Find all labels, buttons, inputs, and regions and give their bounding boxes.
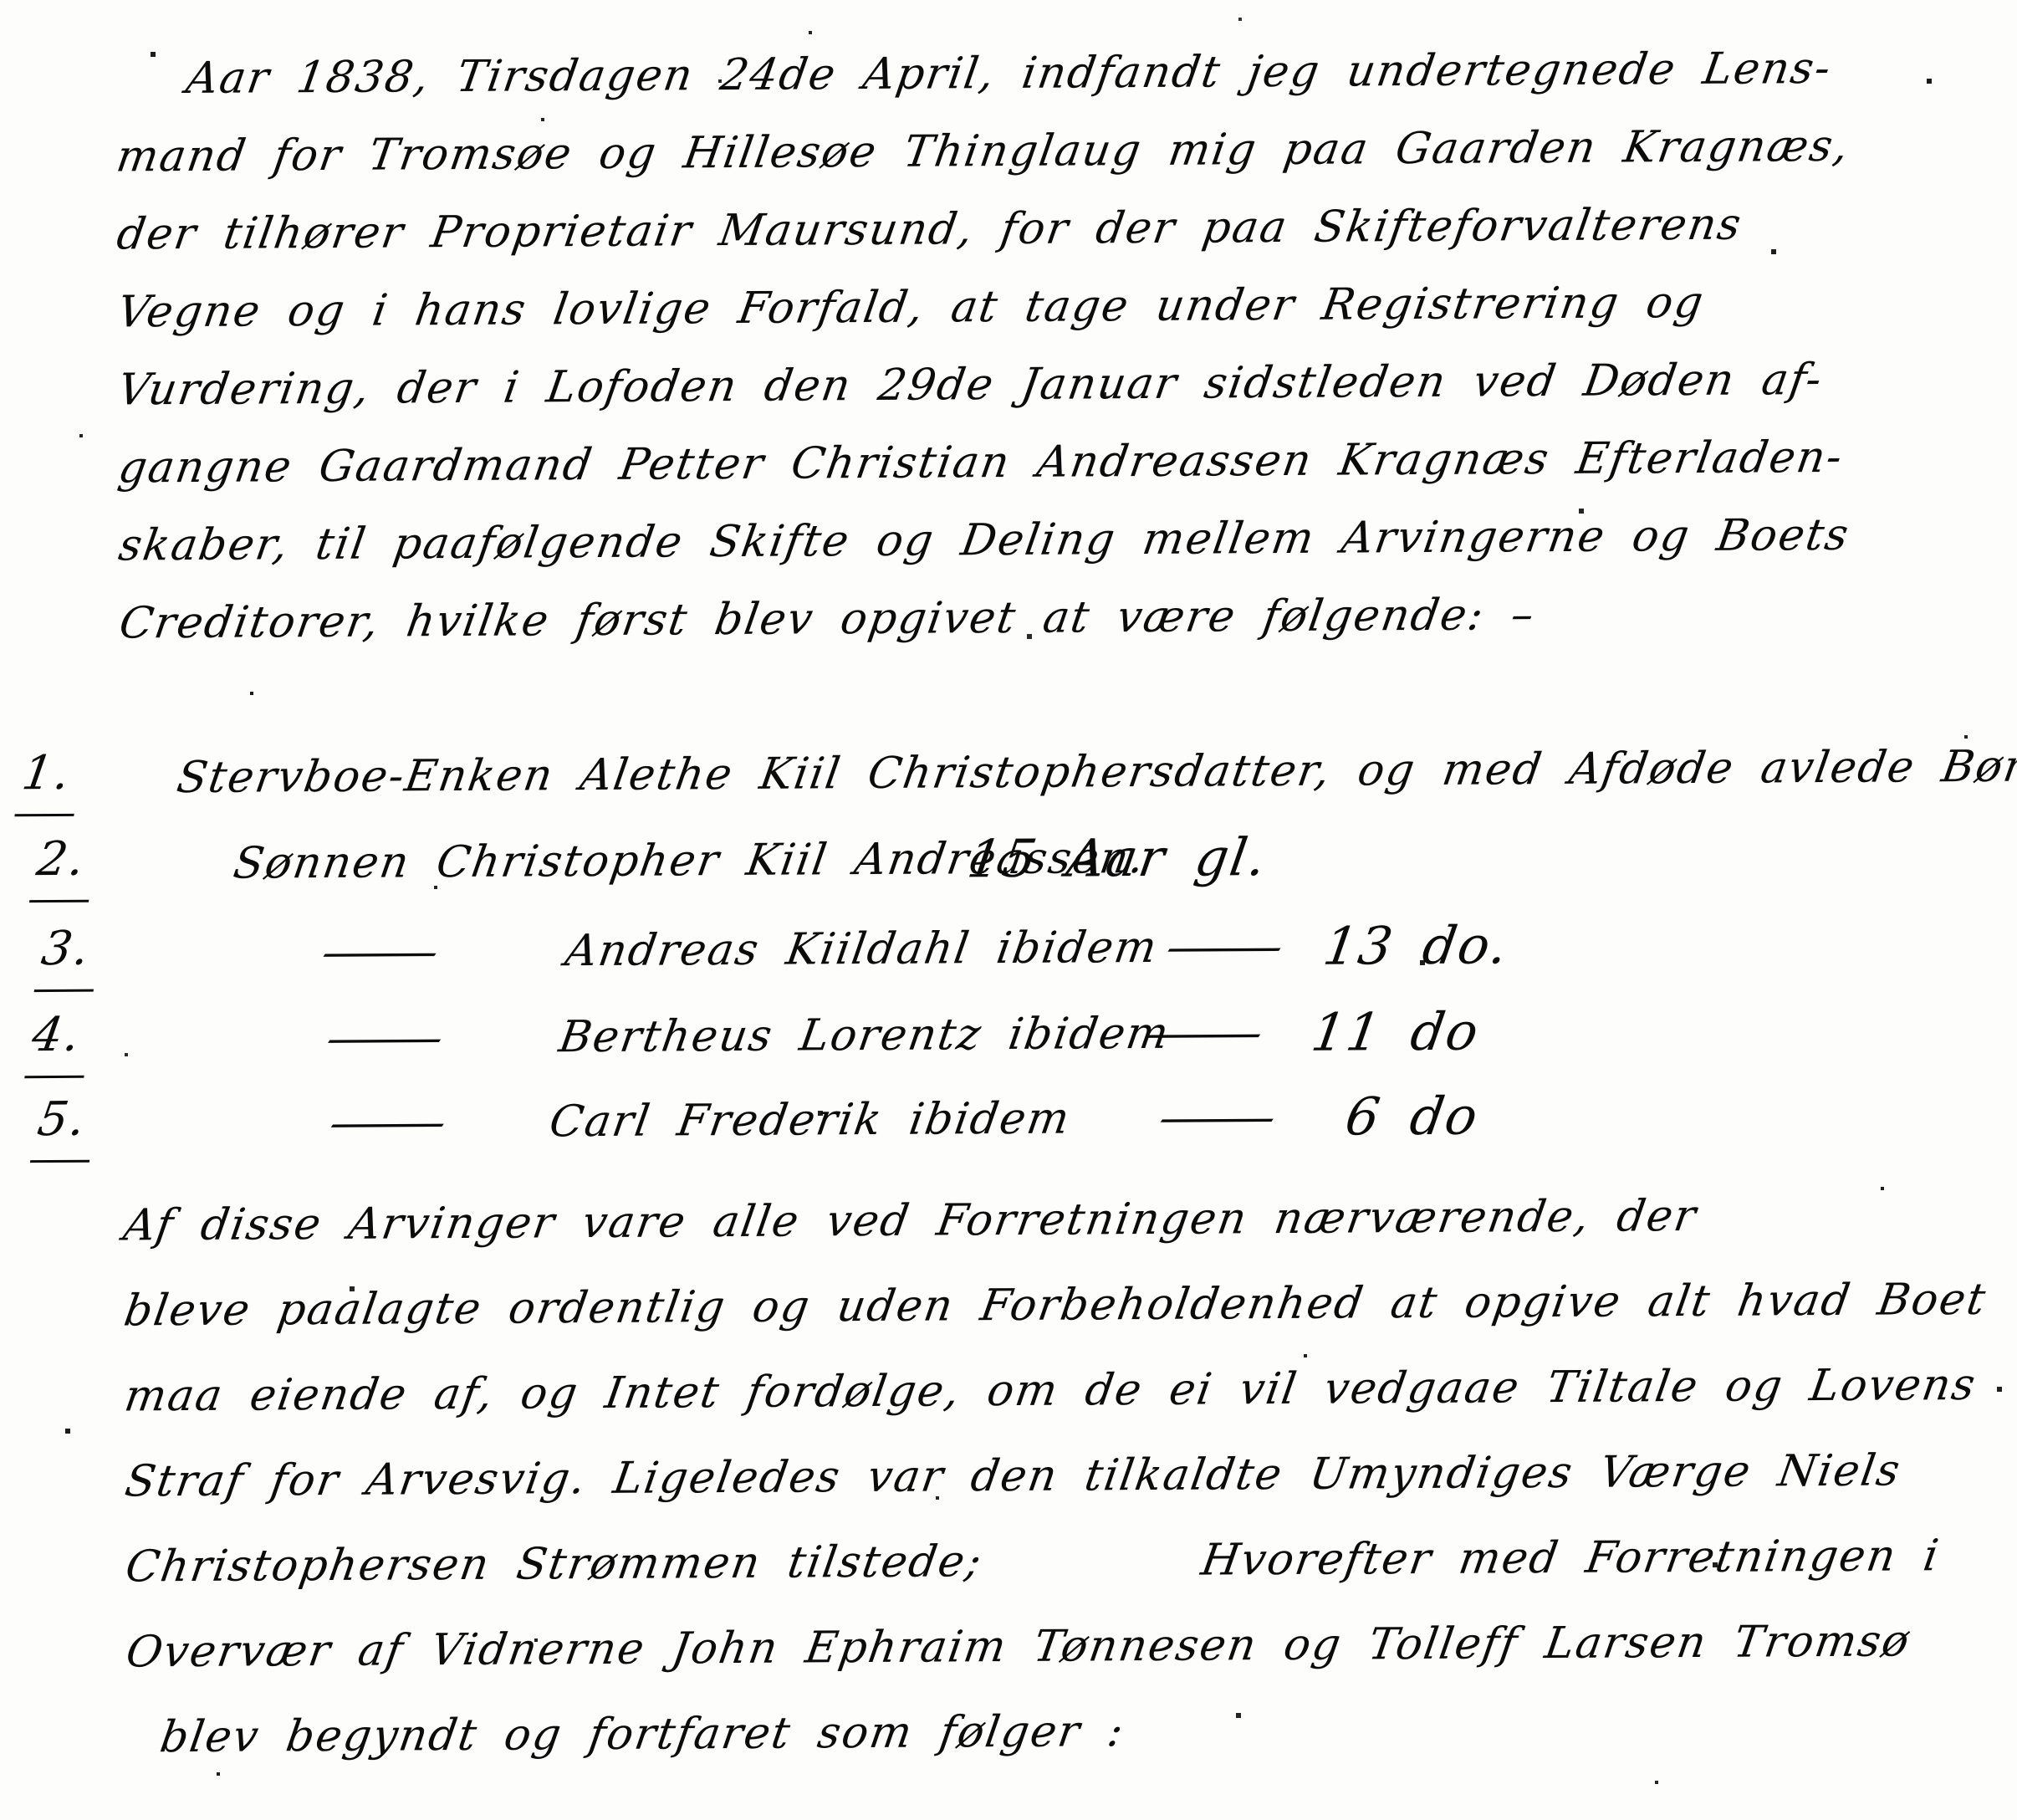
heir-name-3: Andreas Kiildahl ibidem [559, 904, 1165, 994]
heir-row-1: 1. Stervboe-Enken Alethe Kiil Christophe… [0, 723, 2016, 823]
heir-row-2: 2. Sønnen Christopher Kiil Andreassen. 1… [0, 810, 2017, 909]
heir-number-1: 1. [14, 735, 86, 817]
manuscript-line-p2-5-right: Hvorefter med Forretningen i [1198, 1531, 1943, 1585]
heir-number-4: 4. [24, 997, 96, 1079]
manuscript-line-p2-2: bleve paalagte ordentlig og uden Forbeho… [118, 1257, 2015, 1354]
heir-name-4: Bertheus Lorentz ibidem [553, 990, 1176, 1081]
manuscript-line-p1-8: Creditorer, hvilke først blev opgivet at… [114, 574, 2010, 663]
manuscript-line-p2-4: Straf for Arvesvig. Ligeledes var den ti… [119, 1428, 2016, 1525]
heir-number-2: 2. [29, 821, 101, 903]
heir-row-4: 4. — Bertheus Lorentz ibidem — 11 do [1, 985, 2017, 1085]
manuscript-line-p2-6: Overvær af Vidnerne John Ephraim Tønnese… [120, 1598, 2017, 1695]
heir-age-5: 6 do [1340, 1073, 1485, 1161]
heir-text-1: Stervboe-Enken Alethe Kiil Christophersd… [171, 723, 2017, 821]
manuscript-line-p1-7: skaber, til paafølgende Skifte og Deling… [114, 496, 2010, 585]
heir-number-3: 3. [34, 911, 106, 993]
manuscript-line-p1-2: mand for Tromsøe og Hillesøe Thinglaug m… [111, 107, 2008, 197]
heir-name-5: Carl Frederik ibidem [544, 1076, 1077, 1166]
manuscript-line-p2-1: Af disse Arvinger vare alle ved Forretni… [118, 1172, 2015, 1269]
manuscript-line-p1-1: Aar 1838, Tirsdagen 24de April, indfandt… [110, 29, 2007, 119]
manuscript-line-p1-5: Vurdering, der i Lofoden den 29de Januar… [112, 340, 2009, 430]
heir-age-3: 13 do. [1318, 902, 1515, 989]
age-dash: — [1150, 1074, 1289, 1162]
age-dash: — [1157, 903, 1297, 991]
manuscript-line-p2-5-left: Christophersen Strømmen tilstede; [122, 1536, 986, 1592]
heir-age-4: 11 do [1305, 989, 1485, 1076]
opening-paragraph: Aar 1838, Tirsdagen 24de April, indfandt… [110, 29, 1999, 663]
heir-row-5: 5. — Carl Frederik ibidem — 6 do [1, 1070, 2017, 1169]
closing-paragraph: Af disse Arvinger vare alle ved Forretni… [117, 1172, 2005, 1781]
manuscript-line-p1-3: der tilhører Proprietair Maursund, for d… [111, 185, 2008, 274]
heir-number-5: 5. [30, 1081, 102, 1163]
manuscript-line-p1-6: gangne Gaardmand Petter Christian Andrea… [113, 418, 2009, 508]
heir-age-2: 15 Aar gl. [962, 814, 1274, 902]
manuscript-line-p2-7: blev begyndt og fortfaret som følger : [120, 1684, 2017, 1781]
manuscript-content: Aar 1838, Tirsdagen 24de April, indfandt… [0, 0, 2017, 1820]
manuscript-line-p2-5: Christophersen Strømmen tilstede; Hvoref… [120, 1513, 2017, 1610]
scan-noise-speckles [0, 0, 2, 2]
manuscript-line-p2-3: maa eiende af, og Intet fordølge, om de … [119, 1342, 2016, 1439]
ditto-dash: — [313, 908, 452, 996]
ditto-dash: — [317, 994, 457, 1082]
heir-row-3: 3. — Andreas Kiildahl ibidem — 13 do. [0, 899, 2017, 999]
age-dash: — [1136, 989, 1276, 1077]
manuscript-scan: Aar 1838, Tirsdagen 24de April, indfandt… [0, 0, 2017, 1820]
ditto-dash: — [320, 1079, 460, 1167]
manuscript-line-p1-4: Vegne og i hans lovlige Forfald, at tage… [112, 263, 2009, 352]
